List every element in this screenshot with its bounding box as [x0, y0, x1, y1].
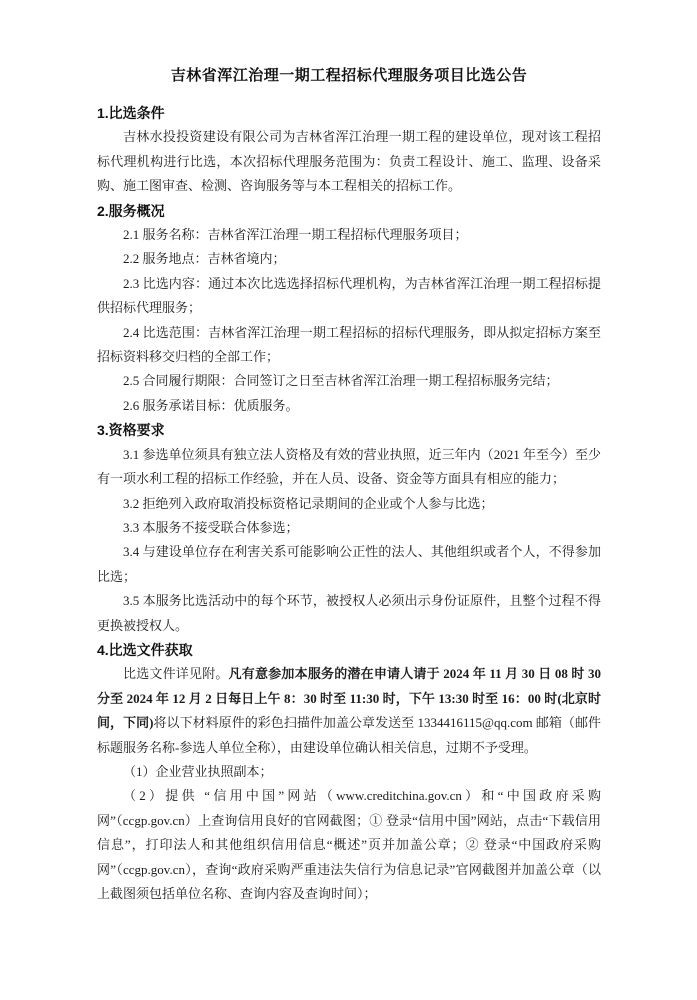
section-4-paragraph-2: （1）企业营业执照副本； [97, 760, 601, 784]
section-1-heading: 1.比选条件 [97, 101, 601, 125]
section-2-paragraph-3: 2.3 比选内容：通过本次比选选择招标代理机构，为吉林省浑江治理一期工程招标提供… [97, 272, 601, 321]
document-page: 吉林省浑江治理一期工程招标代理服务项目比选公告 1.比选条件 吉林水投投资建设有… [0, 0, 697, 1000]
text-run: （2）提供 “信用中国”网站（www.creditchina.gov.cn）和“… [97, 788, 601, 901]
section-bixuan-wenjian-huoqu: 4.比选文件获取 比选文件详见附。凡有意参加本服务的潜在申请人请于 2024 年… [97, 638, 601, 906]
text-run: 3.2 拒绝列入政府取消投标资格记录期间的企业或个人参与比选； [123, 496, 494, 511]
section-4-paragraph-1: 比选文件详见附。凡有意参加本服务的潜在申请人请于 2024 年 11 月 30 … [97, 662, 601, 760]
section-3-paragraph-2: 3.2 拒绝列入政府取消投标资格记录期间的企业或个人参与比选； [97, 492, 601, 516]
text-run: 2.3 比选内容：通过本次比选选择招标代理机构，为吉林省浑江治理一期工程招标提供… [97, 276, 601, 315]
section-3-paragraph-4: 3.4 与建设单位存在利害关系可能影响公正性的法人、其他组织或者个人，不得参加比… [97, 540, 601, 589]
text-run: 将以下材料原件的彩色扫描件加盖公章发送至 1334416115@qq.com 邮… [97, 715, 601, 754]
section-3-heading: 3.资格要求 [97, 418, 601, 442]
text-run: 2.5 合同履行期限：合同签订之日至吉林省浑江治理一期工程招标服务完结； [123, 373, 559, 388]
section-3-paragraph-3: 3.3 本服务不接受联合体参选； [97, 516, 601, 540]
text-run: 3.3 本服务不接受联合体参选； [123, 520, 299, 535]
section-2-paragraph-2: 2.2 服务地点：吉林省境内； [97, 247, 601, 271]
section-2-paragraph-4: 2.4 比选范围：吉林省浑江治理一期工程招标的招标代理服务，即从拟定招标方案至招… [97, 321, 601, 370]
section-zige-yaoqiu: 3.资格要求 3.1 参选单位须具有独立法人资格及有效的营业执照，近三年内（20… [97, 418, 601, 638]
section-4-paragraph-3: （2）提供 “信用中国”网站（www.creditchina.gov.cn）和“… [97, 784, 601, 906]
text-run: 3.4 与建设单位存在利害关系可能影响公正性的法人、其他组织或者个人，不得参加比… [97, 544, 601, 583]
text-run: 比选文件详见附。 [123, 666, 229, 681]
section-3-paragraph-5: 3.5 本服务比选活动中的每个环节，被授权人必须出示身份证原件，且整个过程不得更… [97, 589, 601, 638]
text-run: 2.1 服务名称：吉林省浑江治理一期工程招标代理服务项目； [123, 227, 468, 242]
text-run: 3.5 本服务比选活动中的每个环节，被授权人必须出示身份证原件，且整个过程不得更… [97, 593, 601, 632]
section-2-paragraph-5: 2.5 合同履行期限：合同签订之日至吉林省浑江治理一期工程招标服务完结； [97, 369, 601, 393]
text-run: 2.4 比选范围：吉林省浑江治理一期工程招标的招标代理服务，即从拟定招标方案至招… [97, 325, 601, 364]
section-3-paragraph-1: 3.1 参选单位须具有独立法人资格及有效的营业执照，近三年内（2021 年至今）… [97, 443, 601, 492]
text-run: （1）企业营业执照副本； [123, 764, 273, 779]
section-2-paragraph-1: 2.1 服务名称：吉林省浑江治理一期工程招标代理服务项目； [97, 223, 601, 247]
document-content: 吉林省浑江治理一期工程招标代理服务项目比选公告 1.比选条件 吉林水投投资建设有… [97, 64, 601, 906]
section-2-paragraph-6: 2.6 服务承诺目标：优质服务。 [97, 394, 601, 418]
text-run: 3.1 参选单位须具有独立法人资格及有效的营业执照，近三年内（2021 年至今）… [97, 447, 601, 486]
text-run: 2.2 服务地点：吉林省境内； [123, 251, 286, 266]
section-fuwu-gaikuang: 2.服务概况 2.1 服务名称：吉林省浑江治理一期工程招标代理服务项目； 2.2… [97, 199, 601, 419]
section-bixuan-tiaojian: 1.比选条件 吉林水投投资建设有限公司为吉林省浑江治理一期工程的建设单位，现对该… [97, 101, 601, 199]
section-2-heading: 2.服务概况 [97, 199, 601, 223]
section-1-paragraph-1: 吉林水投投资建设有限公司为吉林省浑江治理一期工程的建设单位，现对该工程招标代理机… [97, 125, 601, 198]
section-4-heading: 4.比选文件获取 [97, 638, 601, 662]
text-run: 吉林水投投资建设有限公司为吉林省浑江治理一期工程的建设单位，现对该工程招标代理机… [97, 129, 601, 193]
text-run: 2.6 服务承诺目标：优质服务。 [123, 398, 299, 413]
document-title: 吉林省浑江治理一期工程招标代理服务项目比选公告 [97, 64, 601, 88]
